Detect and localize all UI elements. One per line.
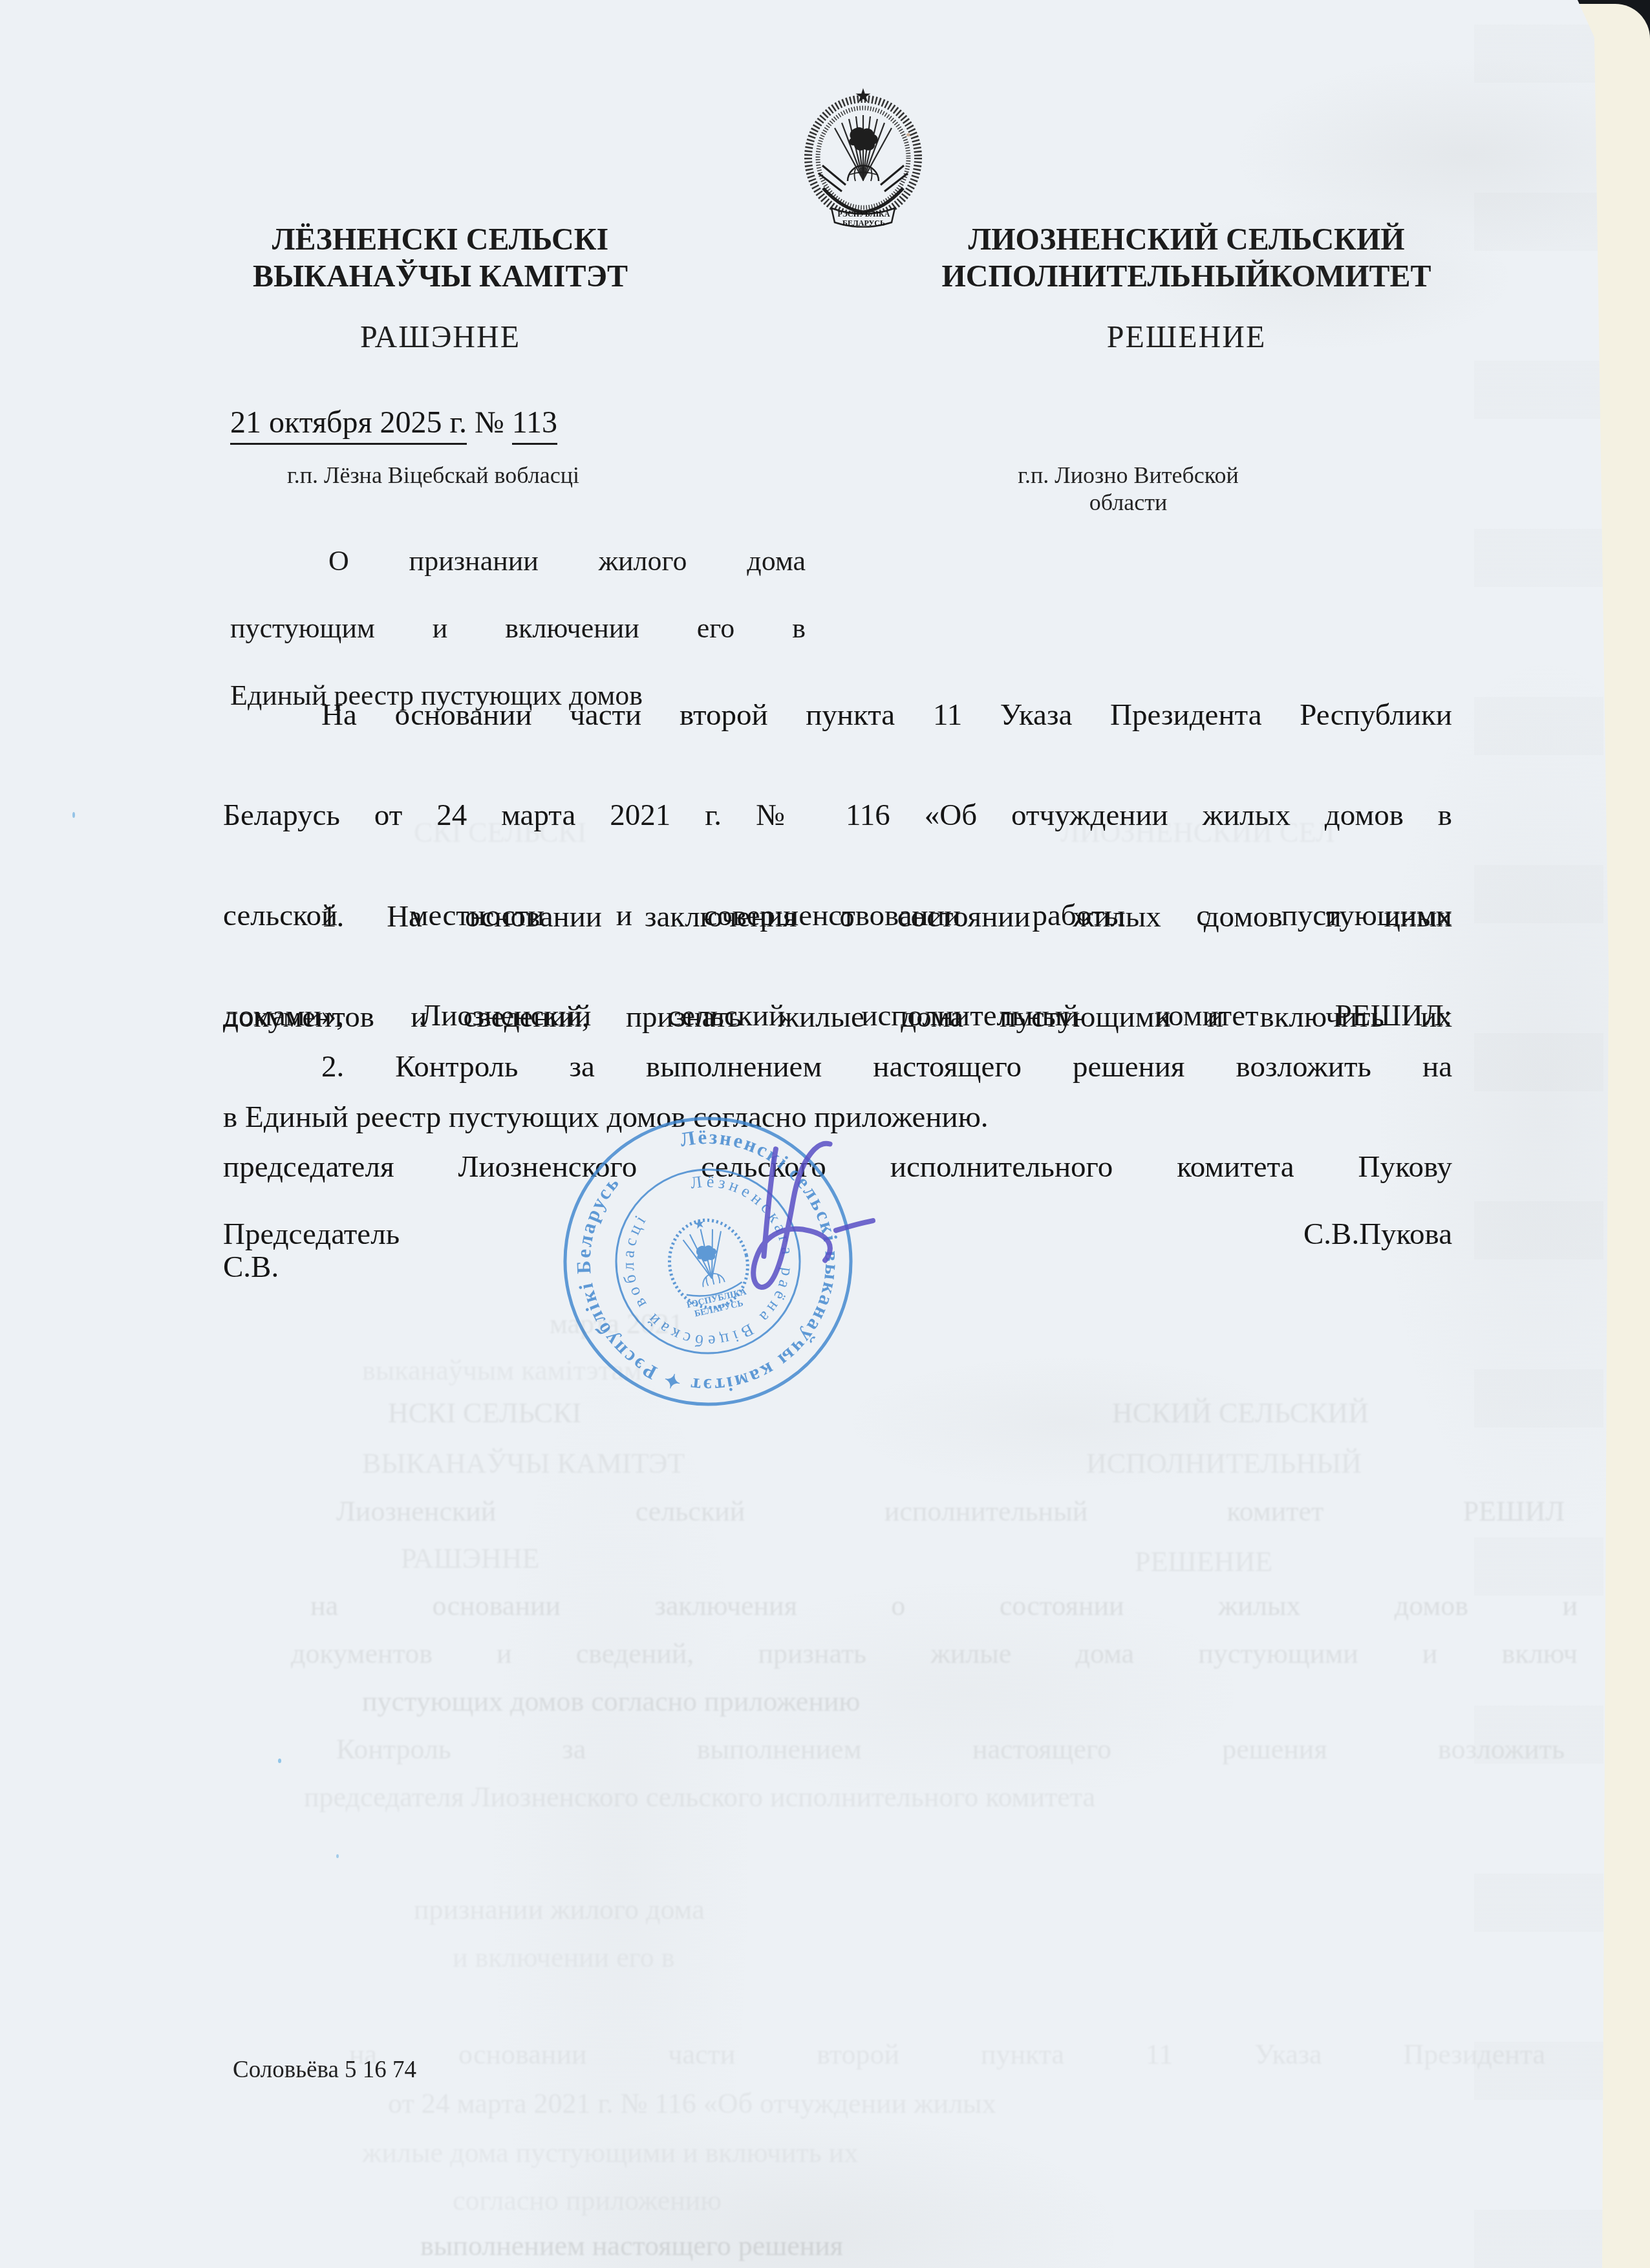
doc-type-belarusian: РАШЭННЕ <box>230 319 650 355</box>
ghost-text: РАШЭННЕ <box>401 1542 679 1575</box>
scan-speck <box>278 1759 281 1763</box>
scanned-document: ★ РЭСПУБЛІКА БЕЛАРУСЬ ЛЁЗНЕНСКІ СЕЛЬСКІ … <box>0 0 1650 2268</box>
signature-title: Председатель <box>223 1217 400 1252</box>
subject-line1: О признании жилого дома <box>230 544 806 612</box>
ghost-text: признании жилого дома <box>414 1893 1028 1926</box>
body-line: 1. На основании заключения о состоянии ж… <box>223 892 1452 992</box>
ghost-text: марта 2021 <box>550 1307 886 1340</box>
ghost-text: ЛИОЗНЕНСКИЙ СЕЛ <box>1060 816 1526 849</box>
ghost-text: и включении его в <box>453 1941 937 1974</box>
edge-noise-overlay <box>1474 0 1603 2268</box>
signature-row: Председатель С.В.Пукова <box>223 1217 1452 1252</box>
org-left-line2: ВЫКАНАЎЧЫ КАМІТЭТ <box>230 258 650 295</box>
doc-type-russian: РЕШЕНИЕ <box>873 319 1500 355</box>
ghost-text: согласно приложению <box>453 2184 1325 2217</box>
ghost-text: ВЫКАНАЎЧЫ КАМІТЭТ <box>362 1447 828 1480</box>
numero-sign: № <box>475 405 504 440</box>
ghost-text: жилые дома пустующими и включить их <box>362 2136 1494 2169</box>
document-page: ★ РЭСПУБЛІКА БЕЛАРУСЬ ЛЁЗНЕНСКІ СЕЛЬСКІ … <box>0 0 1611 2268</box>
scan-speck <box>906 133 910 136</box>
date-number-line: 21 октября 2025 г. № 113 <box>230 405 557 440</box>
doc-number: 113 <box>512 405 557 445</box>
signature-name: С.В.Пукова <box>1303 1217 1452 1252</box>
org-name-belarusian: ЛЁЗНЕНСКІ СЕЛЬСКІ ВЫКАНАЎЧЫ КАМІТЭТ <box>230 221 650 295</box>
body-line: На основании части второй пункта 11 Указ… <box>223 690 1452 791</box>
ghost-text: председателя Лиозненского сельского испо… <box>304 1781 1519 1813</box>
doc-date: 21 октября 2025 г. <box>230 405 467 445</box>
org-right-line2: ИСПОЛНИТЕЛЬНЫЙКОМИТЕТ <box>873 258 1500 295</box>
place-belarusian: г.п. Лёзна Віцебскай вобласці <box>246 462 621 489</box>
org-left-line1: ЛЁЗНЕНСКІ СЕЛЬСКІ <box>230 221 650 258</box>
ghost-text: РЕШЕНИЕ <box>1135 1545 1413 1578</box>
ghost-text: НСКІ СЕЛЬСКІ <box>388 1396 750 1429</box>
ghost-text: СКІ СЕЛЬСКІ <box>414 816 763 849</box>
scan-speck <box>72 812 75 818</box>
ghost-text: пустующих домов согласно приложению <box>362 1685 1300 1718</box>
ghost-text: выполнением настоящего решения <box>420 2229 1552 2262</box>
ghost-text: выканаўчым камітэтам <box>362 1354 853 1387</box>
subject-block: О признании жилого дома пустующим и вклю… <box>230 544 806 712</box>
belarus-coat-of-arms: ★ РЭСПУБЛІКА БЕЛАРУСЬ <box>794 83 932 228</box>
subject-line2: пустующим и включении его в <box>230 612 806 679</box>
ghost-text: НСКИЙ СЕЛЬСКИЙ <box>1112 1396 1526 1429</box>
org-name-russian: ЛИОЗНЕНСКИЙ СЕЛЬСКИЙ ИСПОЛНИТЕЛЬНЫЙКОМИТ… <box>873 221 1500 295</box>
emblem-banner-line1: РЭСПУБЛІКА <box>838 209 890 219</box>
place-russian: г.п. Лиозно Витебской области <box>976 462 1280 516</box>
scan-speck <box>336 1854 339 1858</box>
org-right-line1: ЛИОЗНЕНСКИЙ СЕЛЬСКИЙ <box>873 221 1500 258</box>
emblem-star-icon: ★ <box>855 85 872 107</box>
ghost-text: от 24 марта 2021 г. № 116 «Об отчуждении… <box>388 2087 1390 2120</box>
